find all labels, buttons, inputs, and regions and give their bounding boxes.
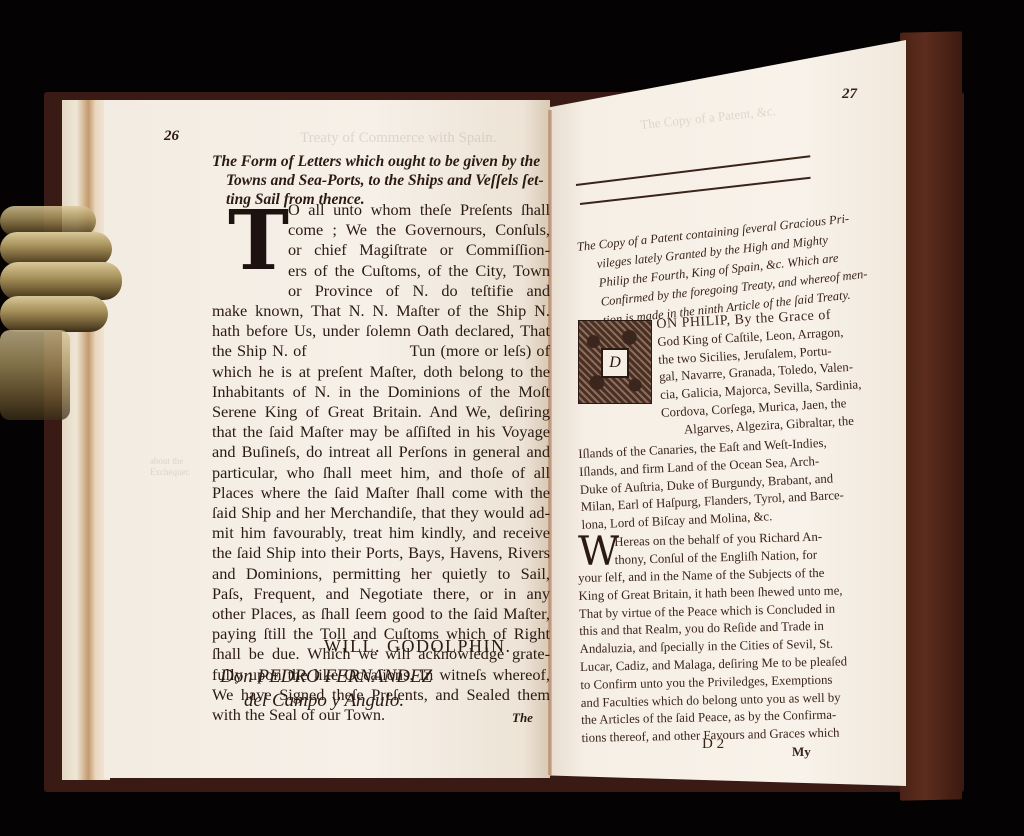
body-line: Places where the ſaid Maſter ſhall come … [212, 483, 550, 503]
body-line: mit him favourably, treat him kindly, an… [212, 523, 550, 543]
catchword-right: My [792, 744, 811, 760]
catchword-left: The [512, 710, 533, 726]
book-cover-edge [900, 31, 962, 800]
body-line: that the ſaid Maſter may be aſſiſted in … [212, 422, 550, 442]
ornamental-initial-letter: D [601, 348, 629, 378]
body-line: come ; We the Governours, Conſuls, [212, 220, 550, 240]
clamp-knuckle-3 [0, 262, 122, 300]
patent-title-continued: Iſlands of the Canaries, the Eaſt and We… [578, 434, 845, 535]
body-line: ſaid Ship and her Merchandiſe, that they… [212, 503, 550, 523]
page-number-right: 27 [842, 86, 857, 103]
heading-line: Towns and Sea-Ports, to the Ships and Ve… [212, 171, 552, 190]
ornamental-initial-block: D [578, 320, 652, 404]
whereas-body: your ſelf, and in the Name of the Subjec… [578, 564, 849, 748]
body-line: particular, who ſhall meet him, and thoſ… [212, 463, 550, 483]
page-number-left: 26 [164, 128, 179, 145]
body-line: ers of the Cuſtoms, of the City, Town [212, 261, 550, 281]
whereas-opening: Hereas on the behalf of you Richard An- … [614, 529, 823, 570]
signature-fernandez-line2: del Campo y Angulo. [244, 690, 404, 712]
body-line: the ſaid Ship into their Ports, Bays, Ha… [212, 543, 550, 563]
show-through-running-head: Treaty of Commerce with Spain. [300, 130, 497, 147]
patent-title-block: ON PHILIP, By the Grace of God King of C… [656, 305, 864, 440]
body-line: other Places, as ſhall ſeem good to the … [212, 604, 550, 624]
page-block-edge [62, 100, 110, 780]
body-line: O all unto whom theſe Preſents ſhall [212, 200, 550, 220]
clamp-knuckle-2 [0, 232, 112, 266]
body-line: and Dominions, permitting her quietly to… [212, 564, 550, 584]
brass-book-clamp [0, 206, 122, 420]
body-line: Inhabitants of N. in the Dominions of th… [212, 382, 550, 402]
body-line: the Ship N. of Tun (more or leſs) of [212, 341, 550, 361]
body-line: which he is at preſent Maſter, doth belo… [212, 362, 550, 382]
body-line: or chief Magiſtrate or Commiſſion- [212, 240, 550, 260]
body-line: hath before Us, under ſolemn Oath declar… [212, 321, 550, 341]
heading-line: The Form of Letters which ought to be gi… [212, 152, 552, 171]
body-line: Paſs, Frequent, and Negotiate there, or … [212, 584, 550, 604]
signature-godolphin: WILL. GODOLPHIN. [324, 636, 511, 657]
body-line: or Province of N. do teſtifie and [212, 281, 550, 301]
clamp-knuckle-4 [0, 296, 108, 332]
show-through-margin-note: about the Exchequer. [150, 456, 210, 478]
whereas-drop-cap: W [578, 532, 619, 572]
body-line: make known, That N. N. Maſter of the Shi… [212, 301, 550, 321]
signature-mark: D 2 [702, 736, 724, 753]
signature-fernandez-line1: Don PEDRO FERNANDEZ [220, 666, 432, 688]
body-line: and Buſineſs, do intreat all Perſons in … [212, 442, 550, 462]
body-line: Serene King of Great Britain. And We, de… [212, 402, 550, 422]
clamp-base [0, 330, 70, 420]
